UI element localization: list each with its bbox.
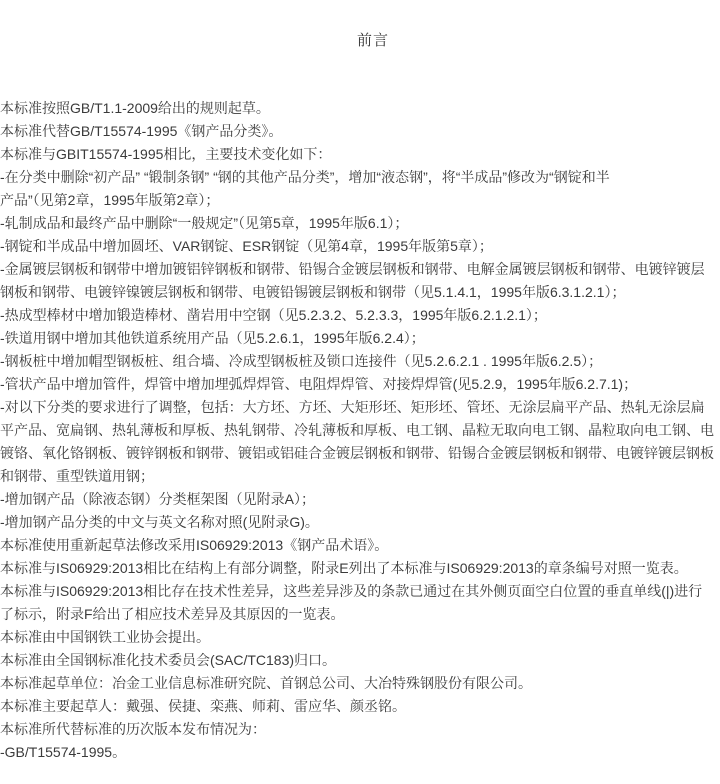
- text-line: 本标准由全国钢标准化技术委员会(SAC/TC183)归口。: [0, 649, 720, 672]
- page-title: 前言: [13, 29, 720, 50]
- text-line: -在分类中删除“初产品” “锻制条钢” “钢的其他产品分类”，增加“液态钢”，将…: [0, 166, 720, 189]
- text-line: 本标准与IS06929:2013相比在结构上有部分调整，附录E列出了本标准与IS…: [0, 557, 720, 580]
- text-line: 本标准所代替标准的历次版本发布情况为：: [0, 718, 720, 741]
- text-line: 本标准与IS06929:2013相比存在技术性差异，这些差异涉及的条款已通过在其…: [0, 580, 720, 603]
- text-line: -GB/T15574-1995。: [0, 741, 720, 764]
- text-line: -管状产品中增加管件，焊管中增加埋弧焊焊管、电阻焊焊管、对接焊焊管(见5.2.9…: [0, 373, 720, 396]
- text-line: 平产品、宽扁钢、热轧薄板和厚板、热轧钢带、冷轧薄板和厚板、电工钢、晶粒无取向电工…: [0, 419, 720, 442]
- text-line: 产品”（见第2章，1995年版第2章）；: [0, 189, 720, 212]
- text-line: 本标准代替GB/T15574-1995《钢产品分类》。: [0, 120, 720, 143]
- text-line: 本标准使用重新起草法修改采用IS06929:2013《钢产品术语》。: [0, 534, 720, 557]
- text-line: 本标准与GBIT15574-1995相比，主要技术变化如下：: [0, 143, 720, 166]
- text-line: -钢板桩中增加帽型钢板桩、组合墙、冷成型钢板桩及锁口连接件（见5.2.6.2.1…: [0, 350, 720, 373]
- text-line: 和钢带、重型铁道用钢；: [0, 465, 720, 488]
- text-line: 本标准主要起草人：戴强、侯捷、栾燕、师莉、雷应华、颜丞铭。: [0, 695, 720, 718]
- text-line: 镀铬、氧化铬钢板、镀锌钢板和钢带、镀铝或铝硅合金镀层钢板和钢带、铅锡合金镀层钢板…: [0, 442, 720, 465]
- preface-body: 本标准按照GB/T1.1-2009给出的规则起草。 本标准代替GB/T15574…: [0, 97, 720, 764]
- text-line: -金属镀层钢板和钢带中增加镀铝锌钢板和钢带、铅锡合金镀层钢板和钢带、电解金属镀层…: [0, 258, 720, 281]
- text-line: 本标准按照GB/T1.1-2009给出的规则起草。: [0, 97, 720, 120]
- text-line: 本标准起草单位：冶金工业信息标准研究院、首钢总公司、大冶特殊钢股份有限公司。: [0, 672, 720, 695]
- text-line: 钢板和钢带、电镀锌镍镀层钢板和钢带、电镀铅锡镀层钢板和钢带（见5.1.4.1，1…: [0, 281, 720, 304]
- text-line: -对以下分类的要求进行了调整，包括：大方坯、方坯、大矩形坯、矩形坯、管坯、无涂层…: [0, 396, 720, 419]
- text-line: -轧制成品和最终产品中删除“一般规定”（见第5章，1995年版6.1）；: [0, 212, 720, 235]
- text-line: -热成型棒材中增加锻造棒材、凿岩用中空钢（见5.2.3.2、5.2.3.3，19…: [0, 304, 720, 327]
- text-line: 了标示，附录F给出了相应技术差异及其原因的一览表。: [0, 603, 720, 626]
- text-line: -铁道用钢中增加其他铁道系统用产品（见5.2.6.1，1995年版6.2.4）；: [0, 327, 720, 350]
- document-page: 前言 本标准按照GB/T1.1-2009给出的规则起草。 本标准代替GB/T15…: [0, 0, 720, 784]
- text-line: -增加钢产品分类的中文与英文名称对照(见附录G)。: [0, 511, 720, 534]
- text-line: -增加钢产品（除液态钢）分类框架图（见附录A）；: [0, 488, 720, 511]
- text-line: 本标准由中国钢铁工业协会提出。: [0, 626, 720, 649]
- text-line: -钢锭和半成品中增加圆坯、VAR钢锭、ESR钢锭（见第4章，1995年版第5章）…: [0, 235, 720, 258]
